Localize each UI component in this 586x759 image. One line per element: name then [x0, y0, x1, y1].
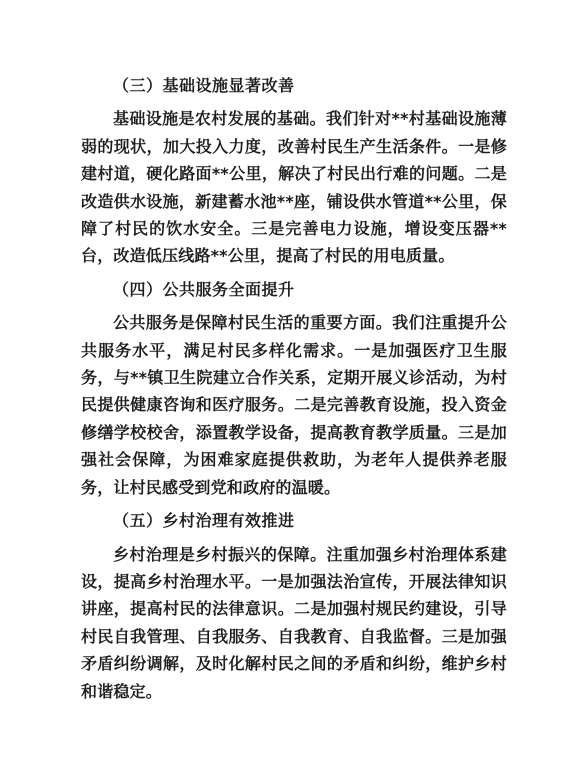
section-paragraph-rural-governance: 乡村治理是乡村振兴的保障。注重加强乡村治理体系建设，提高乡村治理水平。一是加强法… [81, 541, 507, 705]
document-content: （三）基础设施显著改善 基础设施是农村发展的基础。我们针对**村基础设施薄弱的现… [81, 66, 507, 711]
section-heading-rural-governance: （五）乡村治理有效推进 [81, 507, 507, 534]
section-heading-infrastructure: （三）基础设施显著改善 [81, 72, 507, 99]
section-paragraph-infrastructure: 基础设施是农村发展的基础。我们针对**村基础设施薄弱的现状，加大投入力度，改善村… [81, 105, 507, 269]
section-paragraph-public-services: 公共服务是保障村民生活的重要方面。我们注重提升公共服务水平，满足村民多样化需求。… [81, 309, 507, 501]
section-heading-public-services: （四）公共服务全面提升 [81, 276, 507, 303]
document-page: （三）基础设施显著改善 基础设施是农村发展的基础。我们针对**村基础设施薄弱的现… [0, 0, 586, 759]
